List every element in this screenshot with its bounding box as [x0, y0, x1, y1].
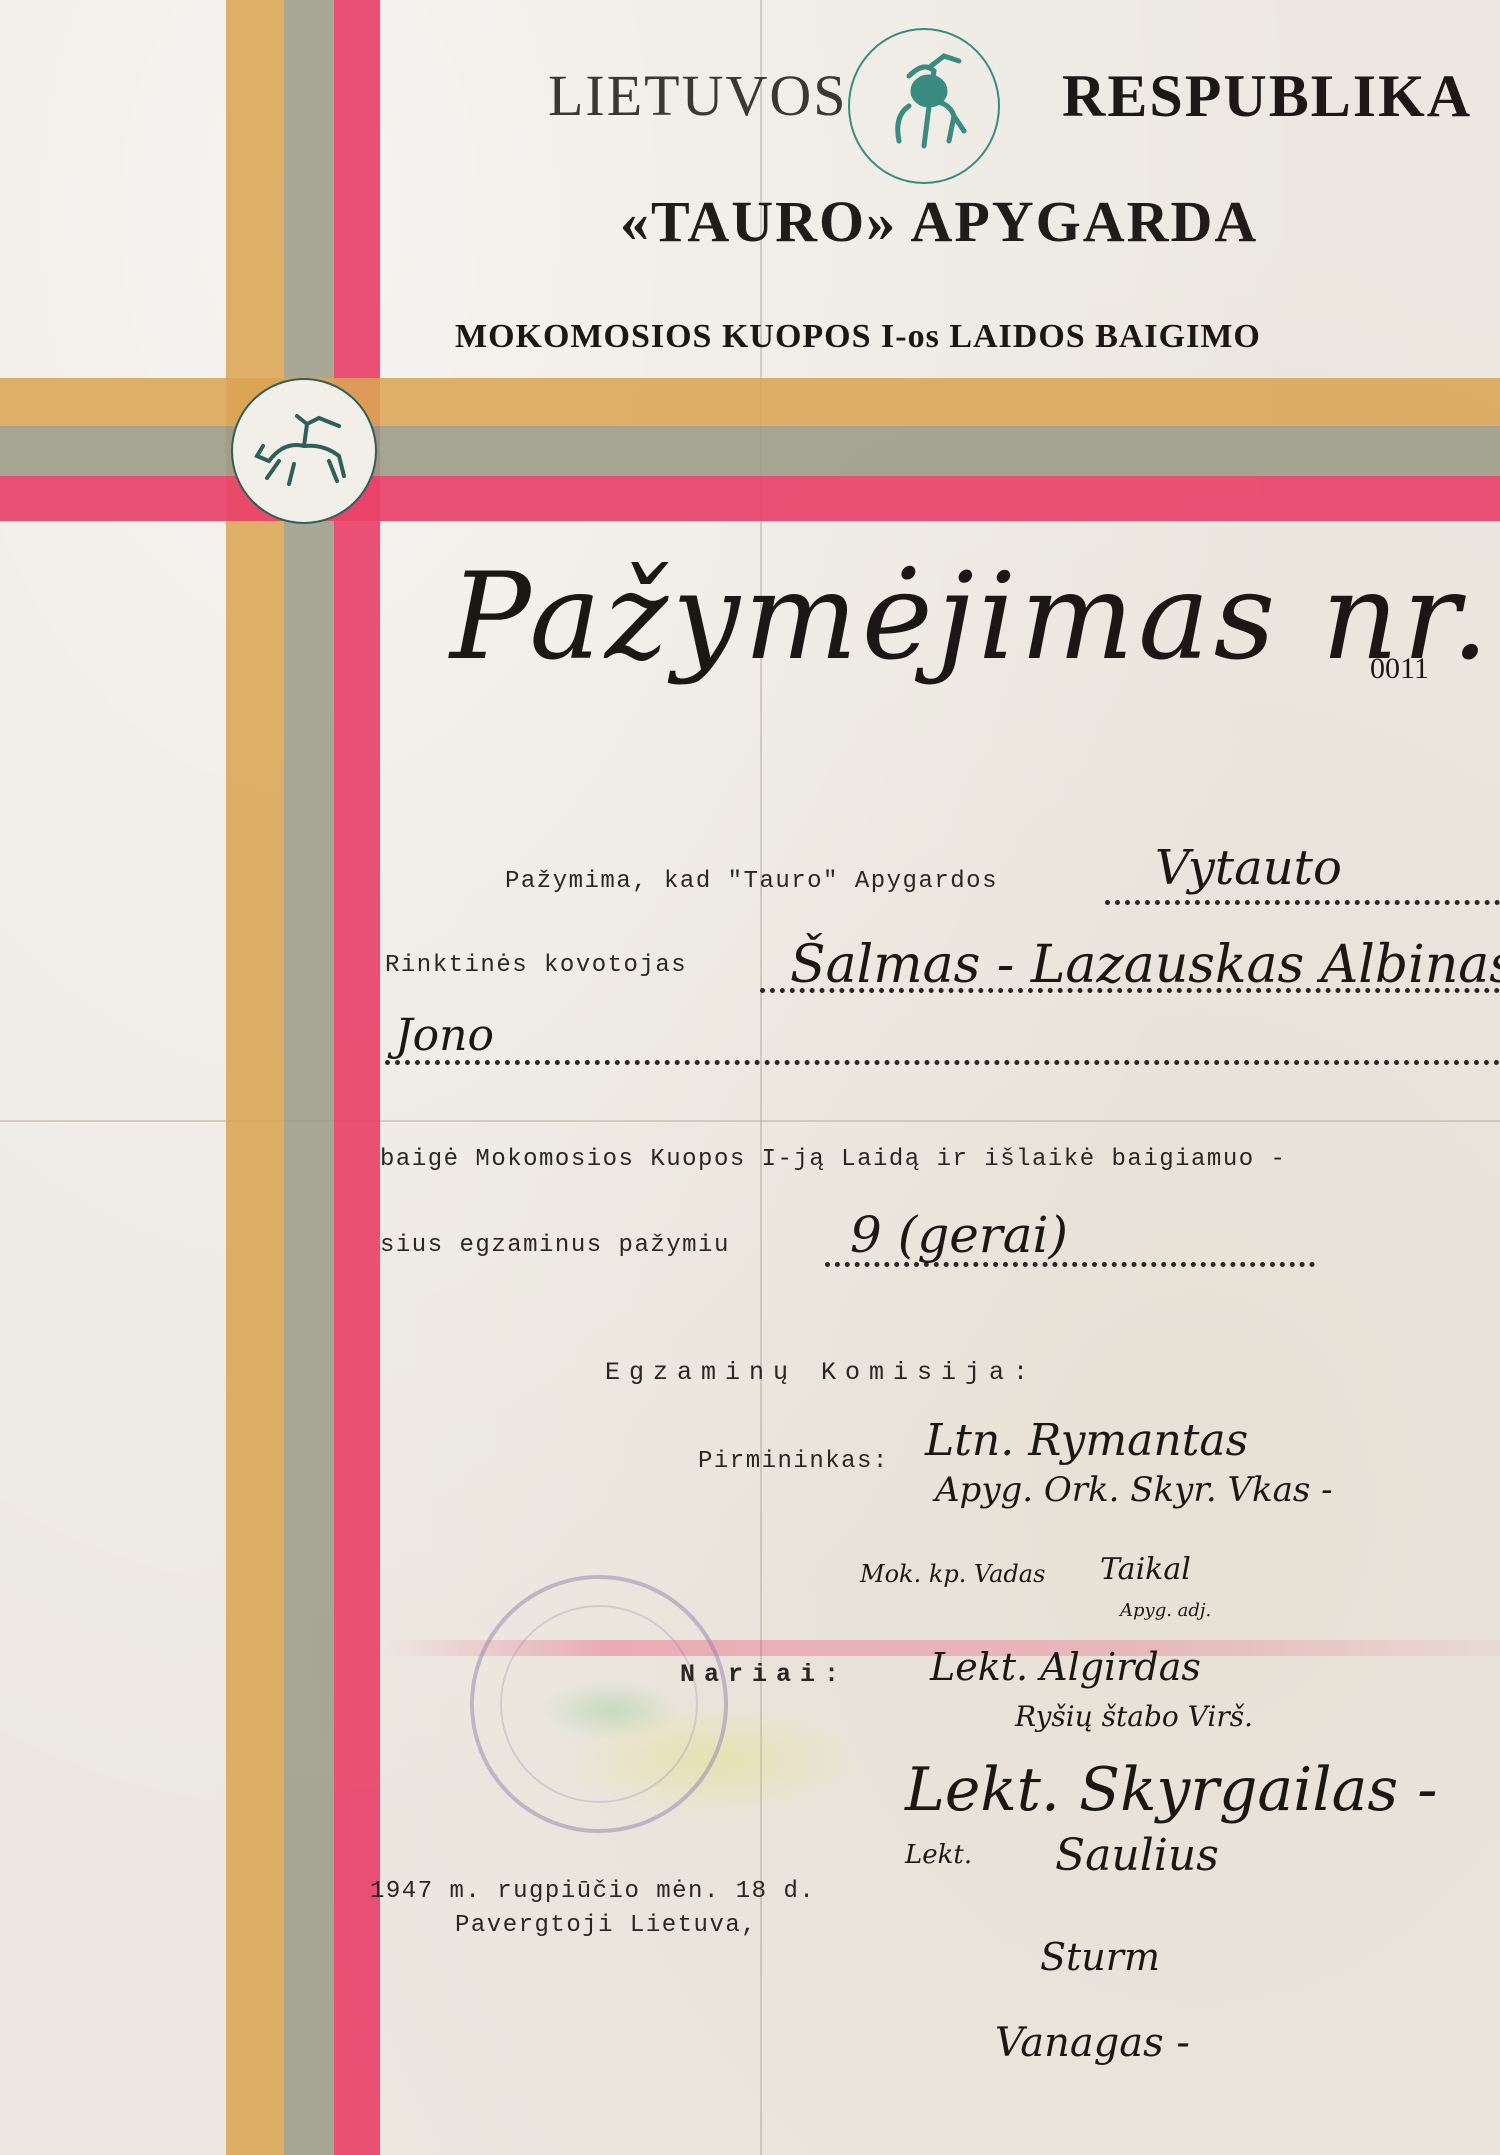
round-stamp-icon	[470, 1575, 728, 1833]
member-4-signature: Sturm	[1040, 1935, 1160, 1979]
date-line: 1947 m. rugpiūčio mėn. 18 d.	[370, 1878, 815, 1905]
vytis-knight-icon	[249, 406, 359, 496]
fill-line-3	[385, 1060, 1500, 1065]
member-1-title: Ryšių štabo Virš.	[1015, 1700, 1253, 1733]
fill-line-1	[1105, 900, 1500, 905]
chair-signature-line-2: Apyg. Ork. Skyr. Vkas -	[935, 1470, 1333, 1510]
certificate-title: Pažymėjimas nr.	[450, 548, 1493, 687]
fold-crease-horizontal	[0, 1120, 1500, 1122]
body-line-4-typed: baigė Mokomosios Kuopos I-ją Laidą ir iš…	[380, 1146, 1286, 1173]
vytis-emblem-crossing	[231, 378, 377, 524]
header-respublika: RESPUBLIKA	[1062, 62, 1472, 131]
teacher-signature: Taikal	[1100, 1552, 1191, 1587]
body-line-1-typed: Pažymima, kad "Tauro" Apygardos	[505, 868, 998, 895]
grade-handwritten: 9 (gerai)	[850, 1206, 1068, 1264]
flag-stripe-horizontal-green	[0, 426, 1500, 476]
body-line-5-typed: sius egzaminus pažymiu	[380, 1232, 730, 1259]
place-line: Pavergtoji Lietuva,	[455, 1912, 757, 1939]
apyg-adj-note: Apyg. adj.	[1120, 1600, 1211, 1621]
chair-signature-line-1: Ltn. Rymantas	[925, 1415, 1248, 1466]
flag-stripe-horizontal-red	[0, 476, 1500, 521]
vytis-knight-icon	[869, 46, 979, 166]
chair-label: Pirmininkas:	[698, 1448, 889, 1475]
body-line-3-handwritten: Jono	[395, 1010, 494, 1061]
flag-stripe-vertical-green	[284, 0, 334, 2155]
member-1-signature: Lekt. Algirdas	[930, 1645, 1201, 1689]
members-label: Nariai:	[680, 1660, 848, 1689]
commission-heading: Egzaminų Komisija:	[605, 1358, 1037, 1387]
member-3-prefix: Lekt.	[905, 1840, 972, 1870]
body-line-1-handwritten: Vytauto	[1155, 840, 1342, 896]
member-3-signature: Saulius	[1055, 1830, 1219, 1881]
header-course-line: MOKOMOSIOS KUOPOS I-os LAIDOS BAIGIMO	[455, 318, 1261, 356]
teacher-note: Mok. kp. Vadas	[860, 1560, 1045, 1588]
member-2-signature: Lekt. Skyrgailas -	[905, 1755, 1437, 1825]
member-5-signature: Vanagas -	[995, 2020, 1190, 2066]
flag-stripe-horizontal-yellow	[0, 378, 1500, 426]
vytis-emblem-header	[848, 28, 1000, 184]
certificate-number: 0011	[1370, 652, 1429, 686]
flag-stripe-vertical-yellow	[226, 0, 284, 2155]
flag-stripe-vertical-red	[334, 0, 380, 2155]
header-lietuvos: LIETUVOS	[548, 62, 848, 129]
body-line-2-handwritten: Šalmas - Lazauskas Albinas s.	[790, 935, 1500, 995]
body-line-2-typed: Rinktinės kovotojas	[385, 952, 687, 979]
header-district: «TAURO» APYGARDA	[620, 188, 1258, 255]
